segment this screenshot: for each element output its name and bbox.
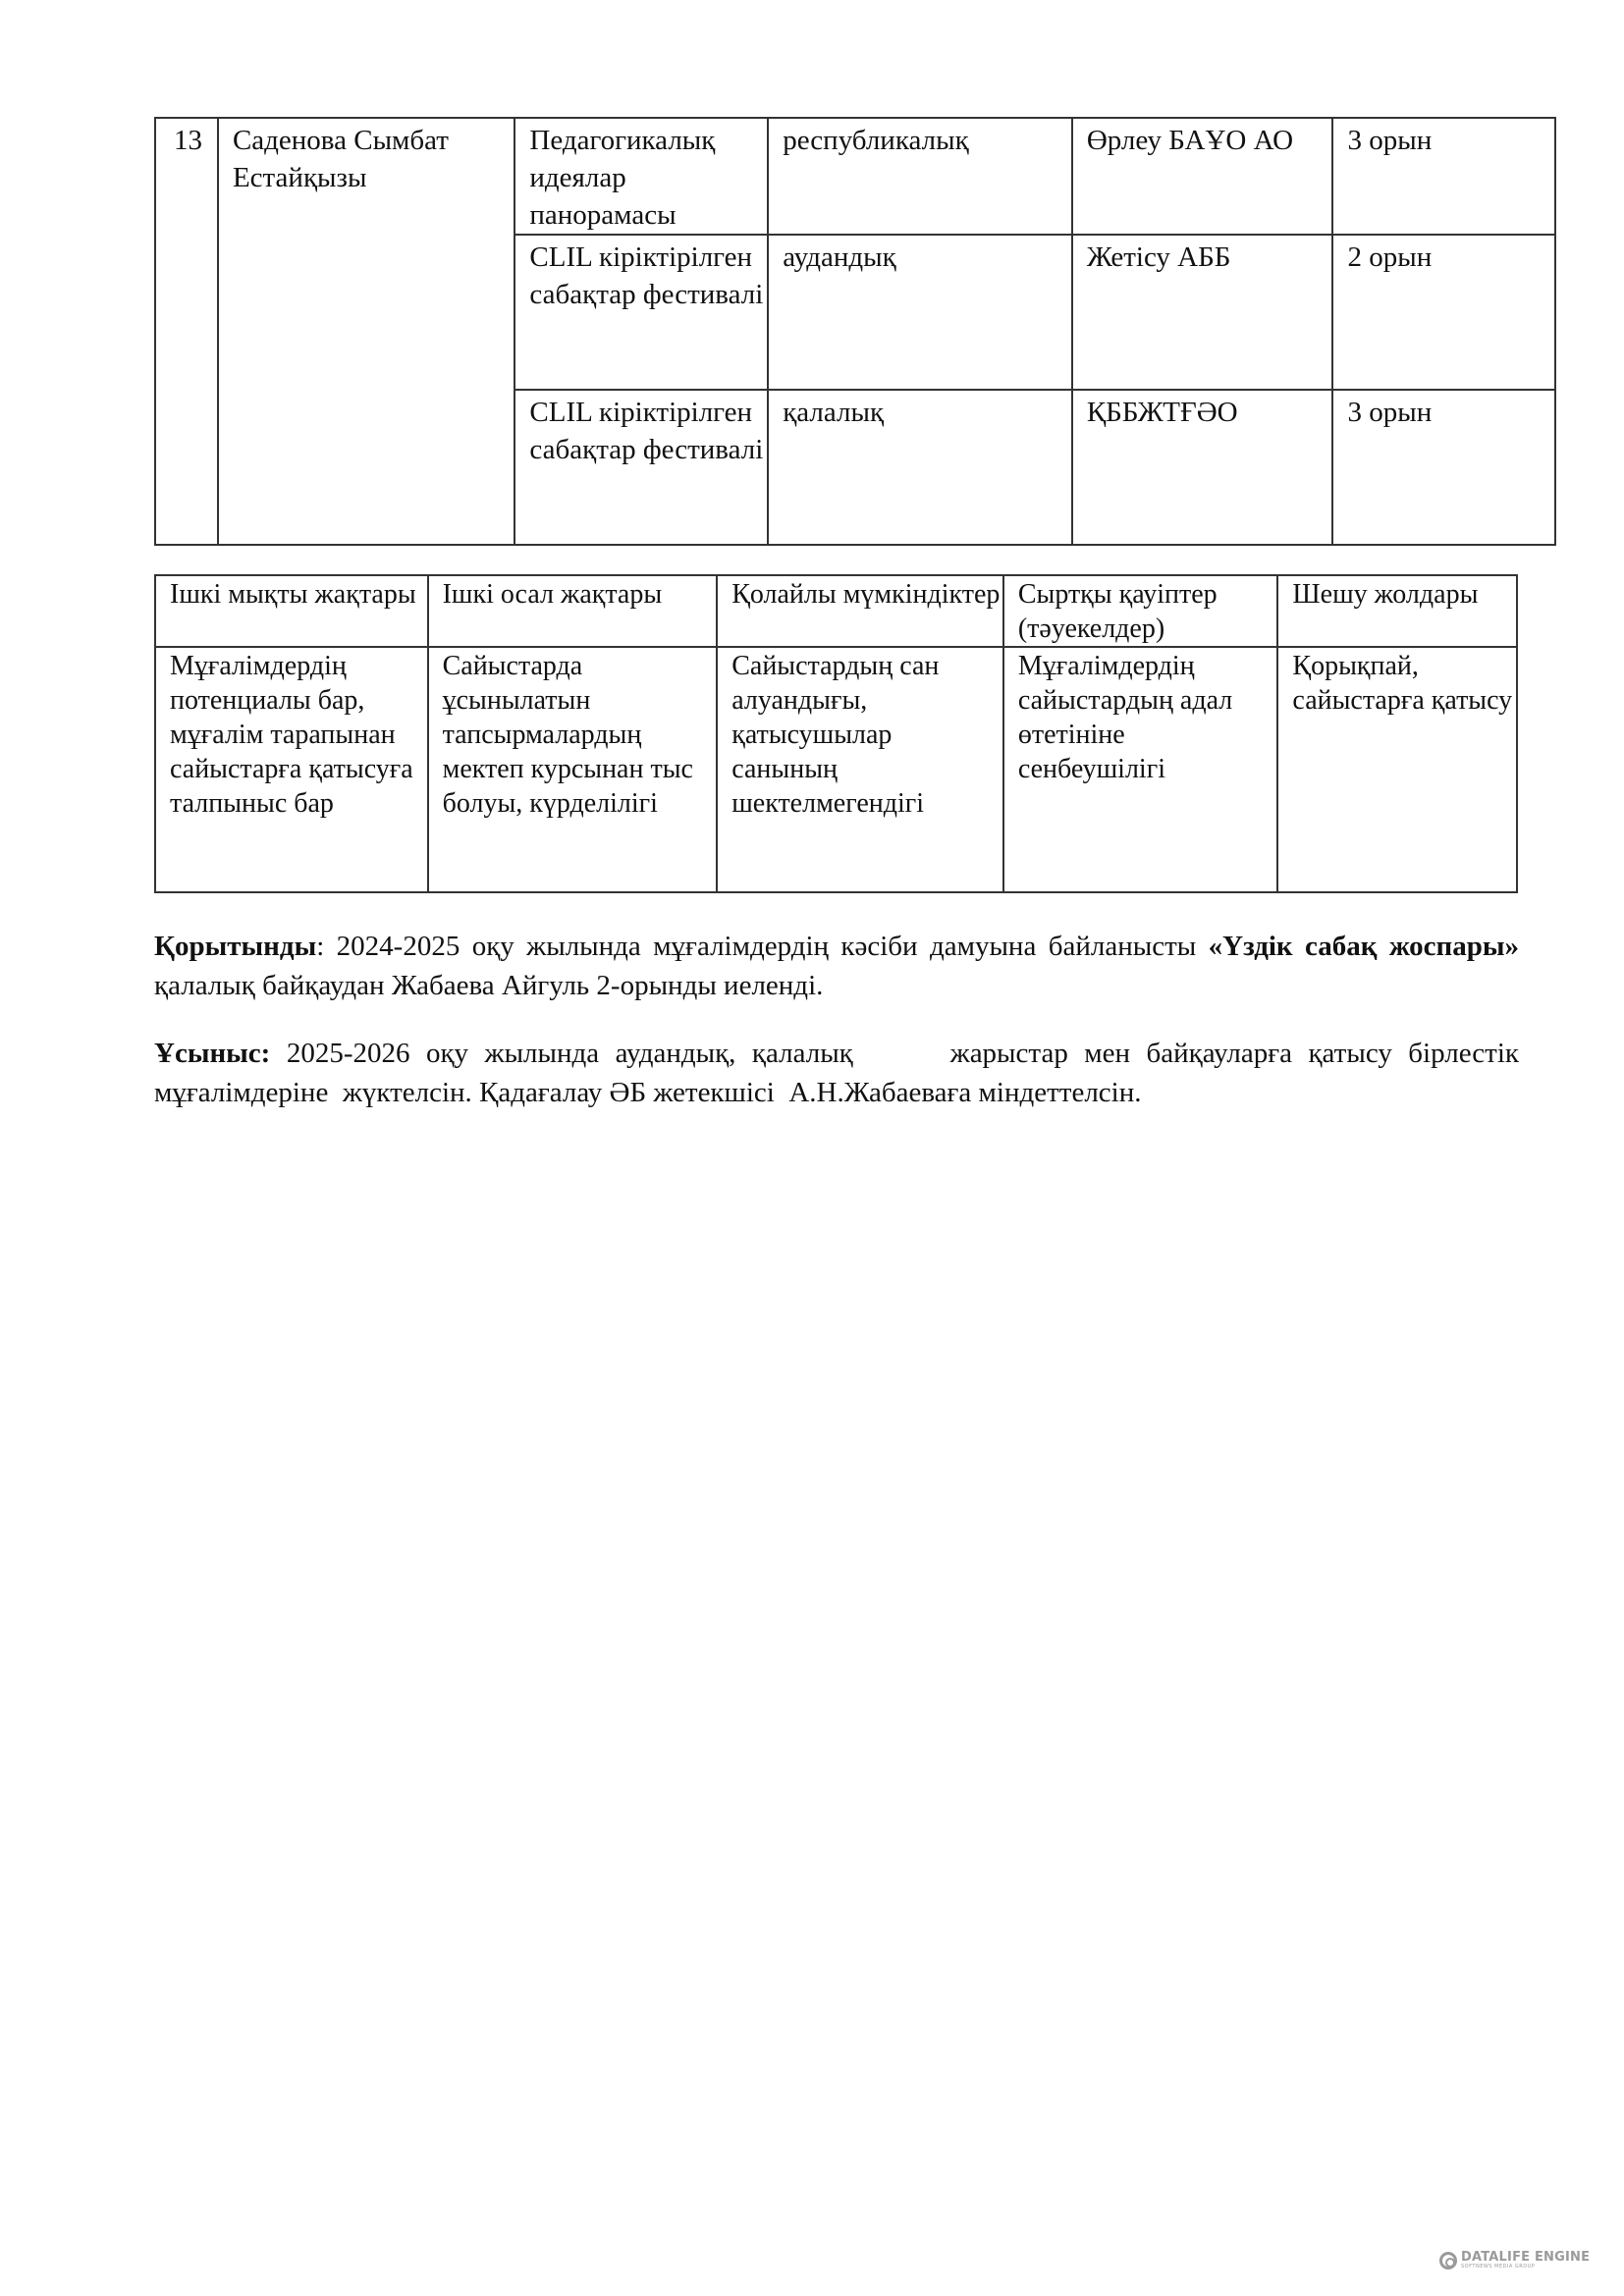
event-result: 3 орын [1332, 390, 1555, 545]
swot-threats: Мұғалімдердің сайыстардың адал өтетініне… [1003, 647, 1278, 892]
event-level: қалалық [768, 390, 1072, 545]
swot-table: Ішкі мықты жақтары Ішкі осал жақтары Қол… [154, 574, 1518, 893]
event-name: Педагогикалық идеялар панорамасы [514, 118, 768, 235]
proposal-text: 2025-2026 оқу жылында аудандық, қалалық … [154, 1038, 1534, 1108]
swot-header-solutions: Шешу жолдары [1277, 575, 1517, 647]
event-result: 2 орын [1332, 235, 1555, 390]
conclusion-highlight: «Үздік сабақ жоспары» [1209, 931, 1519, 962]
conclusion-text-after: қалалық байқаудан Жабаева Айгуль 2-орынд… [154, 970, 823, 1001]
conclusion-paragraph: Қорытынды: 2024-2025 оқу жылында мұғалім… [154, 927, 1519, 1005]
event-level: аудандық [768, 235, 1072, 390]
event-name: CLIL кіріктірілген сабақтар фестивалі [514, 235, 768, 390]
datalife-logo-icon [1439, 2252, 1457, 2269]
event-organizer: ҚББЖТҒӘО [1072, 390, 1333, 545]
swot-weaknesses: Сайыстарда ұсынылатын тапсырмалардың мек… [428, 647, 718, 892]
swot-header-row: Ішкі мықты жақтары Ішкі осал жақтары Қол… [155, 575, 1517, 647]
conclusion-label: Қорытынды [154, 931, 316, 962]
event-name: CLIL кіріктірілген сабақтар фестивалі [514, 390, 768, 545]
proposal-label: Ұсыныс: [154, 1038, 270, 1069]
row-number: 13 [155, 118, 218, 545]
swot-solutions: Қорықпай, сайыстарға қатысу [1277, 647, 1517, 892]
swot-opportunities: Сайыстардың сан алуандығы, қатысушылар с… [717, 647, 1003, 892]
watermark-name: DATALIFE ENGINE [1461, 2251, 1590, 2264]
swot-header-strengths: Ішкі мықты жақтары [155, 575, 428, 647]
swot-header-threats: Сыртқы қауіптер (тәуекелдер) [1003, 575, 1278, 647]
proposal-paragraph: Ұсыныс: 2025-2026 оқу жылында аудандық, … [154, 1034, 1519, 1112]
swot-strengths: Мұғалімдердің потенциалы бар, мұғалім та… [155, 647, 428, 892]
event-result: 3 орын [1332, 118, 1555, 235]
watermark: DATALIFE ENGINE SOFTNEWS MEDIA GROUP [1439, 2251, 1590, 2269]
teacher-name: Саденова Сымбат Естайқызы [218, 118, 514, 545]
event-level: республикалық [768, 118, 1072, 235]
conclusion-text-before: : 2024-2025 оқу жылында мұғалімдердің кә… [316, 931, 1208, 962]
table-row: 13 Саденова Сымбат Естайқызы Педагогикал… [155, 118, 1555, 235]
swot-body-row: Мұғалімдердің потенциалы бар, мұғалім та… [155, 647, 1517, 892]
awards-table: 13 Саденова Сымбат Естайқызы Педагогикал… [154, 117, 1556, 546]
event-organizer: Өрлеу БАҰО АО [1072, 118, 1333, 235]
swot-header-weaknesses: Ішкі осал жақтары [428, 575, 718, 647]
event-organizer: Жетісу АББ [1072, 235, 1333, 390]
swot-header-opportunities: Қолайлы мүмкіндіктер [717, 575, 1003, 647]
